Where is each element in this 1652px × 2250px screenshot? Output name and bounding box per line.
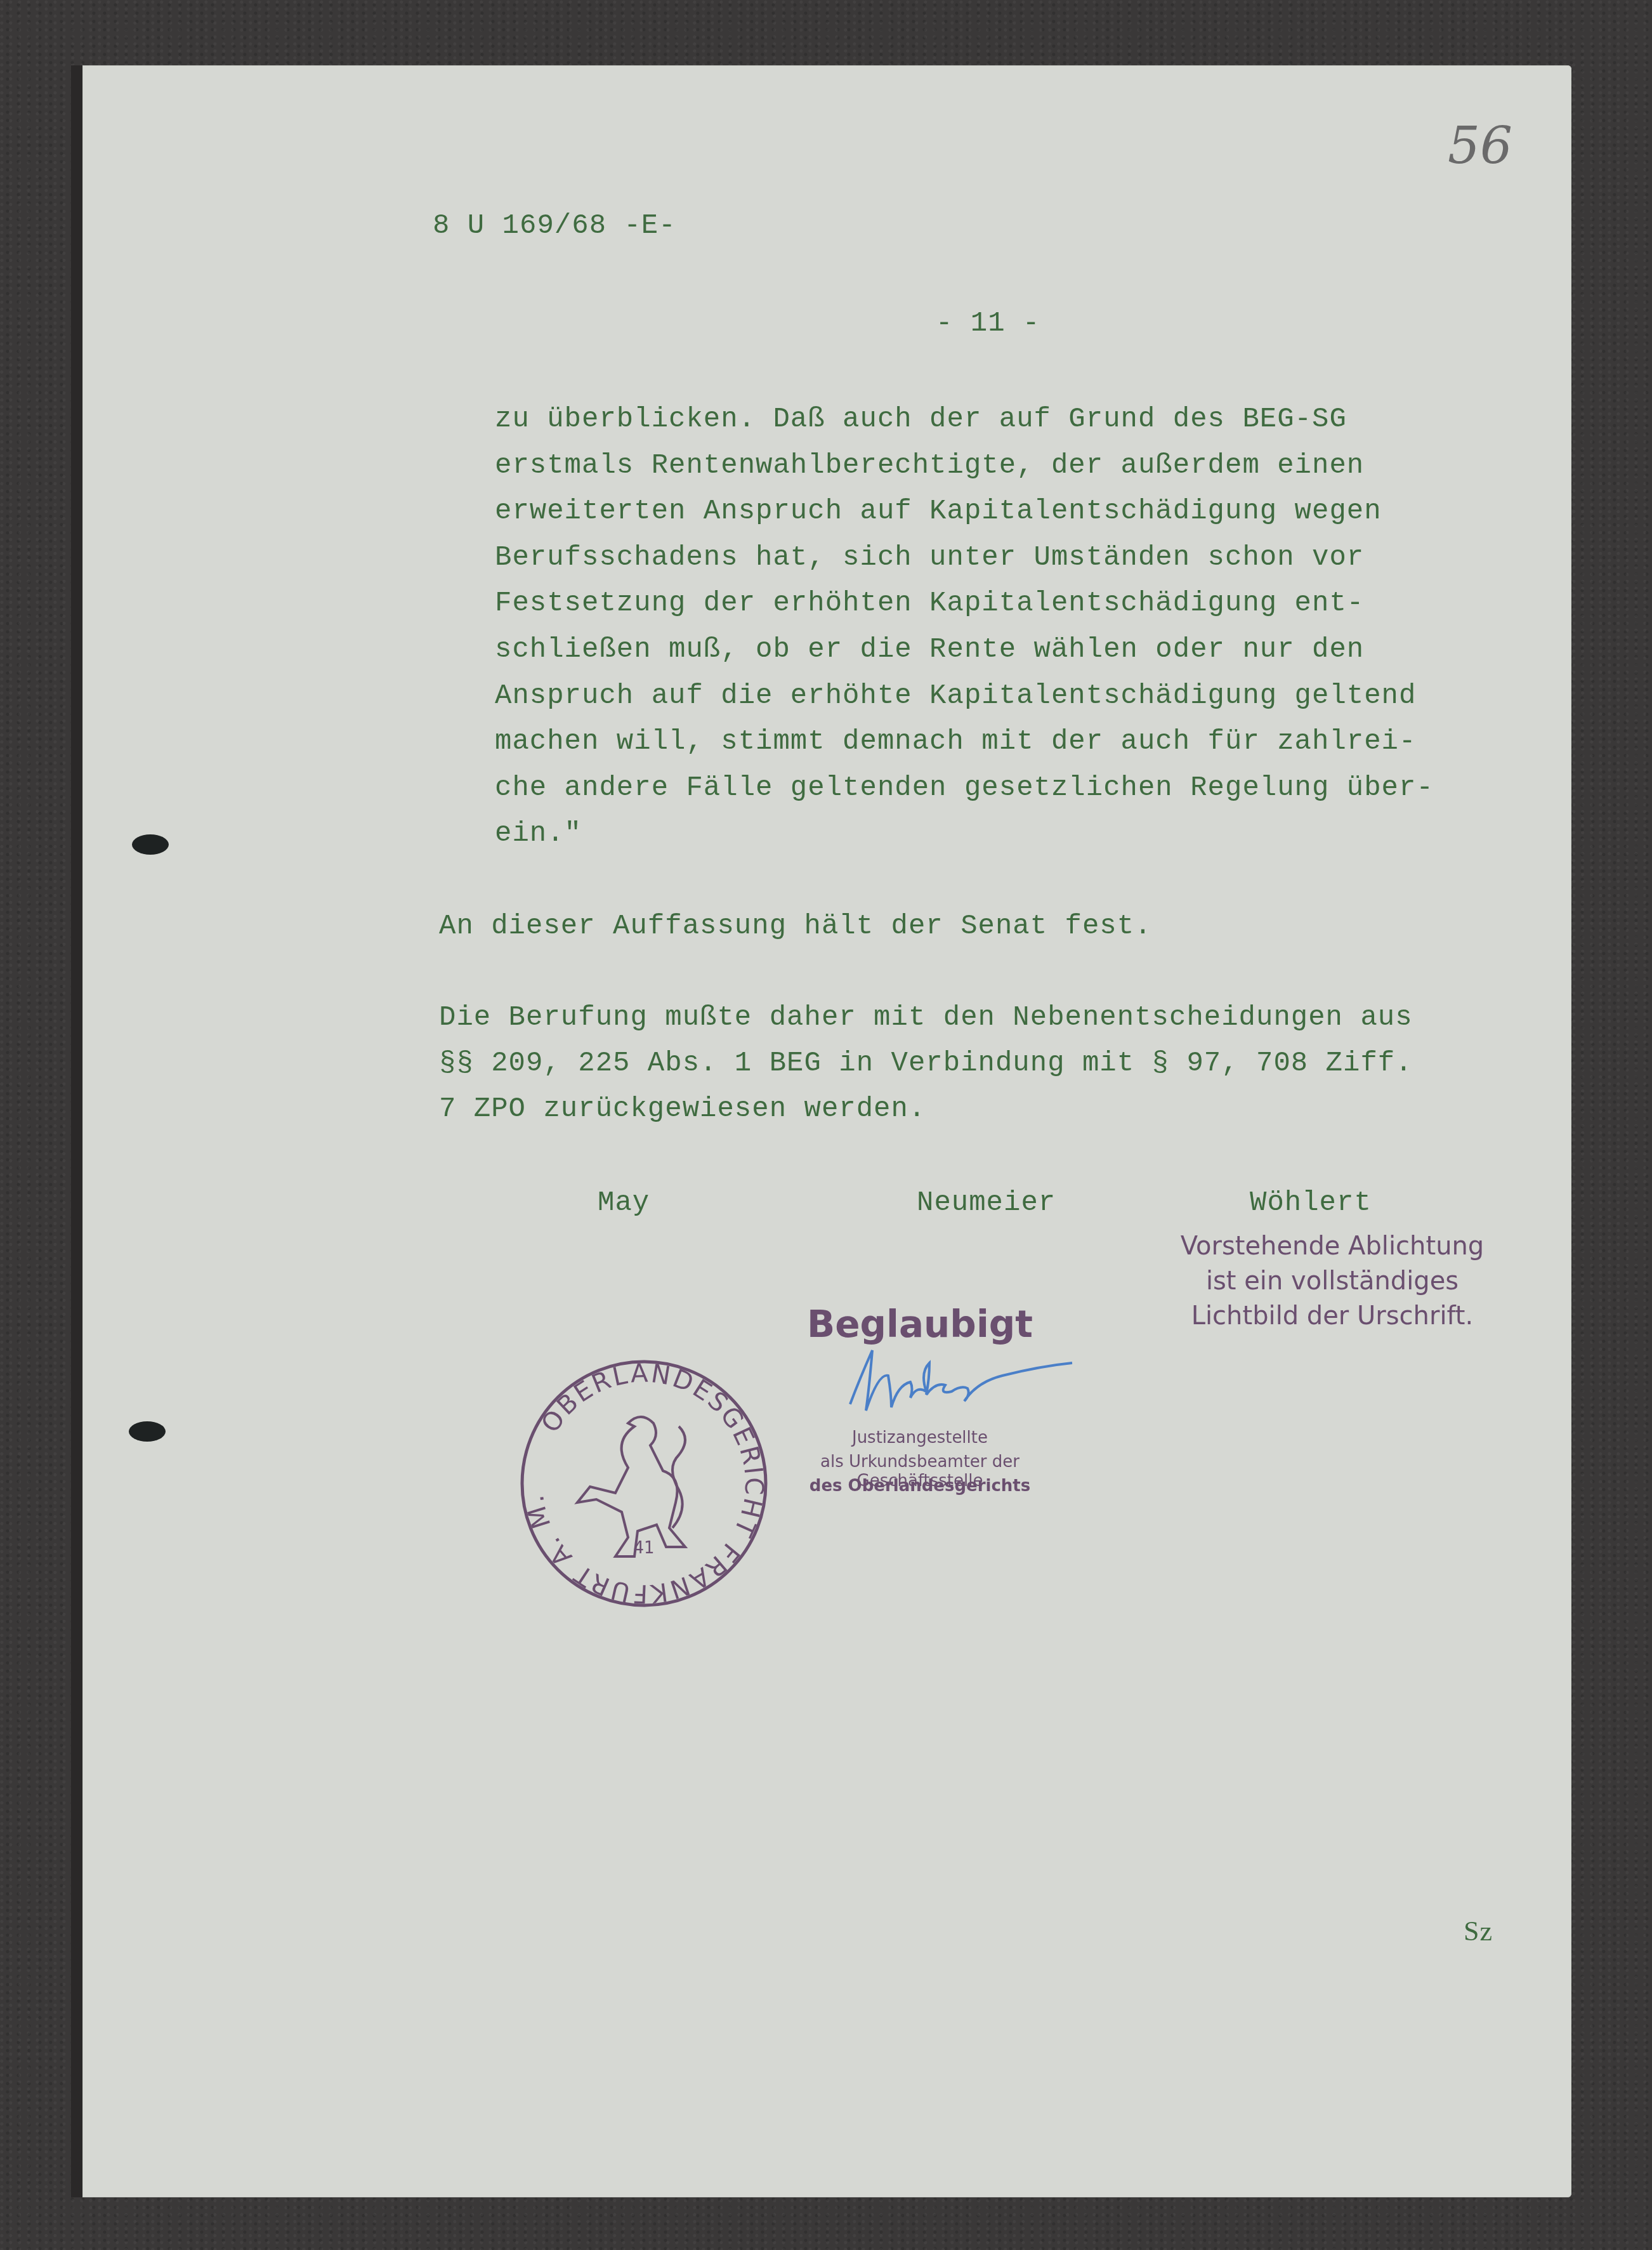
file-reference: 8 U 169/68 -E- [433, 210, 676, 242]
text-line: Berufsschadens hat, sich unter Umständen… [495, 542, 1364, 574]
text-line: Anspruch auf die erhöhte Kapitalentschäd… [495, 680, 1416, 712]
binder-spine [71, 65, 82, 2197]
stamp-line: Vorstehende Ablichtung [1155, 1232, 1510, 1261]
court-seal-icon: OBERLANDESGERICHT FRANKFURT A. M. 41 [517, 1357, 771, 1610]
text-line: zu überblicken. Daß auch der auf Grund d… [495, 404, 1347, 435]
text-line: machen will, stimmt demnach mit der auch… [495, 726, 1416, 758]
svg-text:41: 41 [633, 1539, 654, 1558]
folio-number: 56 [1448, 116, 1512, 175]
paragraph-senate-opinion: An dieser Auffassung hält der Senat fest… [439, 911, 1152, 942]
typist-initials: Sz [1464, 1915, 1493, 1947]
text-line: 7 ZPO zurückgewiesen werden. [439, 1093, 926, 1125]
signatory-neumeier: Neumeier [917, 1187, 1056, 1219]
text-line: Die Berufung mußte daher mit den Nebenen… [439, 1002, 1413, 1034]
punch-hole-top [132, 834, 169, 855]
text-line: §§ 209, 225 Abs. 1 BEG in Verbindung mit… [439, 1048, 1413, 1079]
stamp-line: ist ein vollständiges [1155, 1266, 1510, 1296]
text-line: erstmals Rentenwahlberechtigte, der auße… [495, 450, 1364, 482]
attestation-heading: Beglaubigt [768, 1303, 1072, 1346]
clerk-title-line: des Oberlandesgerichts [761, 1477, 1078, 1496]
text-line: ein." [495, 818, 582, 850]
signatory-woehlert: Wöhlert [1250, 1187, 1372, 1219]
clerk-title-line: Justizangestellte [761, 1428, 1078, 1447]
text-line: erweiterten Anspruch auf Kapitalentschäd… [495, 496, 1382, 527]
text-line: Festsetzung der erhöhten Kapitalentschäd… [495, 588, 1364, 619]
stamp-line: Lichtbild der Urschrift. [1155, 1301, 1510, 1331]
page-number: - 11 - [936, 308, 1040, 339]
text-line: che andere Fälle geltenden gesetzlichen … [495, 772, 1434, 804]
clerk-signature-icon [844, 1347, 1098, 1417]
signatory-may: May [598, 1187, 650, 1219]
punch-hole-bottom [129, 1421, 166, 1442]
text-line: schließen muß, ob er die Rente wählen od… [495, 634, 1364, 666]
document-page: 56 8 U 169/68 -E- - 11 - zu überblicken.… [82, 65, 1571, 2197]
